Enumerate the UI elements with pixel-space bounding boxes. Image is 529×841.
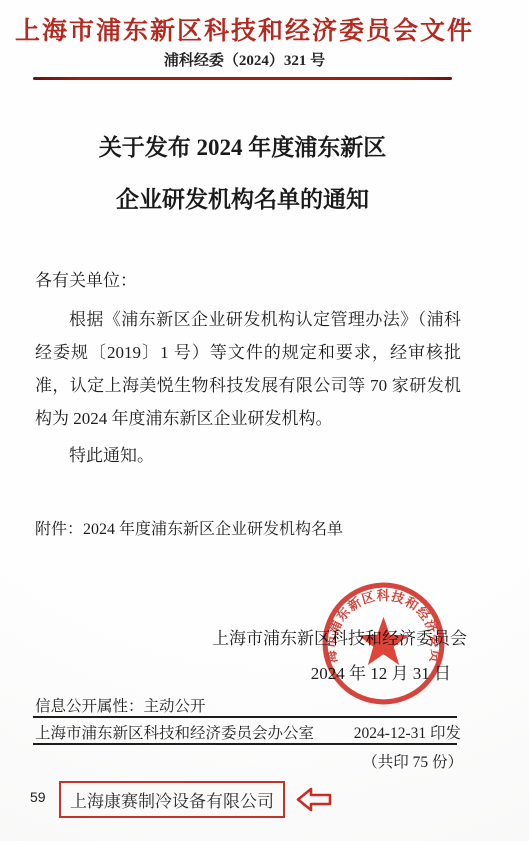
document-number: 浦科经委（2024）321 号	[12, 49, 477, 70]
letterhead-divider	[33, 77, 452, 80]
closing-phrase: 特此通知。	[35, 439, 461, 472]
attachment-line: 附件：2024 年度浦东新区企业研发机构名单	[35, 516, 343, 539]
footer-issue-date: 2024-12-31 印发	[354, 721, 461, 743]
footer-divider-top	[33, 716, 457, 718]
body-paragraph: 根据《浦东新区企业研发机构认定管理办法》（浦科经委规〔2019〕1 号）等文件的…	[35, 303, 461, 435]
letterhead-org-title: 上海市浦东新区科技和经济委员会文件	[12, 11, 477, 47]
seal-arc-text: 上海市浦东新区科技和经济委员会	[320, 580, 444, 664]
document-title-line1: 关于发布 2024 年度浦东新区	[10, 129, 475, 162]
document-title-line2: 企业研发机构名单的通知	[10, 181, 475, 214]
left-arrow-icon	[294, 786, 334, 813]
signature-org: 上海市浦东新区科技和经济委员会	[212, 624, 467, 649]
list-index-number: 59	[30, 789, 46, 805]
disclosure-line: 信息公开属性：主动公开	[35, 694, 206, 716]
company-name: 上海康赛制冷设备有限公司	[70, 787, 274, 812]
company-highlight-box: 上海康赛制冷设备有限公司	[59, 781, 285, 818]
footer-office: 上海市浦东新区科技和经济委员会办公室	[35, 721, 314, 743]
salutation: 各有关单位：	[35, 266, 137, 291]
document-page: 上海市浦东新区科技和经济委员会文件 浦科经委（2024）321 号 关于发布 2…	[0, 0, 529, 841]
footer-copies-count: （共印 75 份）	[362, 750, 463, 772]
svg-text:上海市浦东新区科技和经济委员会: 上海市浦东新区科技和经济委员会	[320, 580, 444, 664]
footer-divider-bottom	[33, 743, 457, 745]
signature-date: 2024 年 12 月 31 日	[311, 659, 451, 684]
